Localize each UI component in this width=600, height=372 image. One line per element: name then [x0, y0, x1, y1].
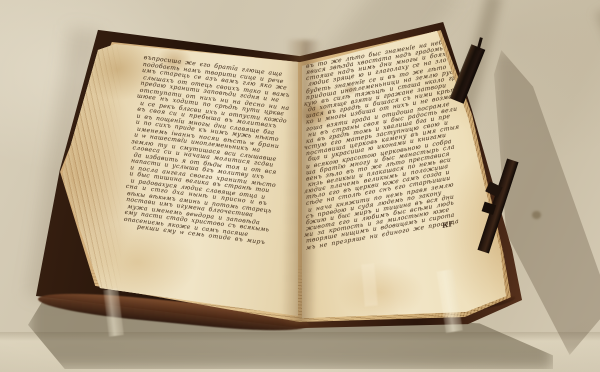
- gutter-fold-shadow: [281, 40, 322, 325]
- left-page: слово ѡ житїи стго отца въпросиша же єго…: [60, 35, 302, 319]
- right-page-marginal-mark: КГ: [441, 219, 454, 230]
- museum-photo-scene: слово ѡ житїи стго отца въпросиша же єго…: [0, 0, 600, 372]
- cloth-stain-dot: [532, 211, 541, 219]
